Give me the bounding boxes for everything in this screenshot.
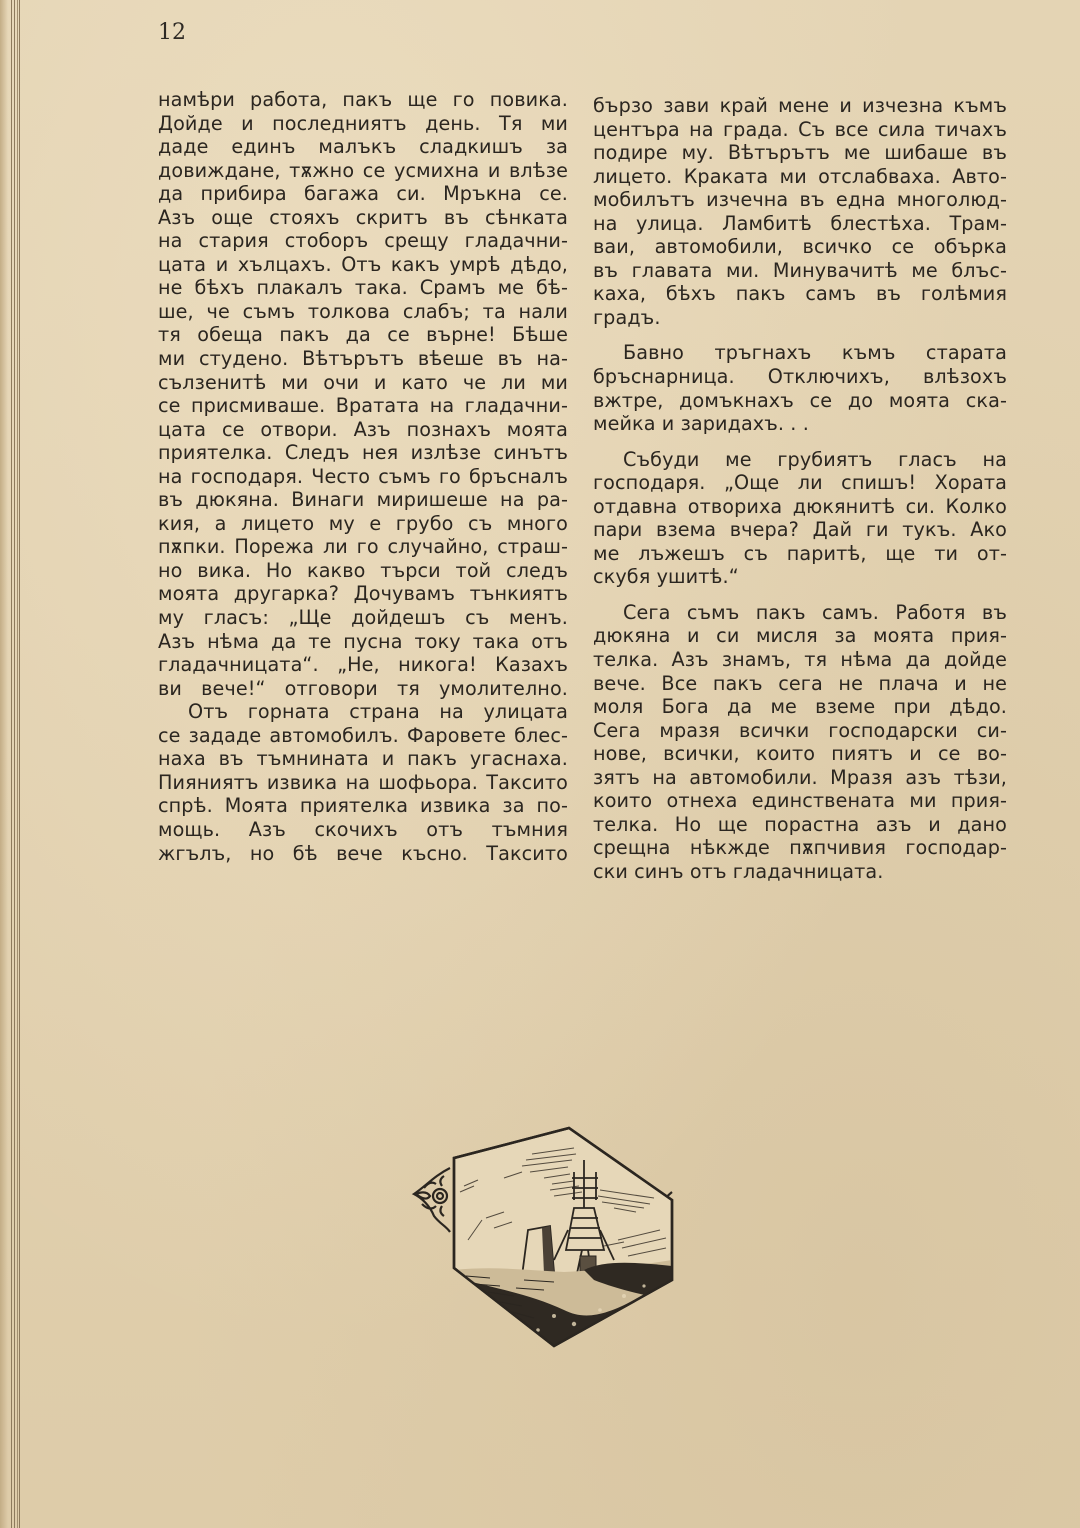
page-edge <box>0 0 24 1528</box>
text-line: ме лъжешъ съ паритѣ, ще ти от- <box>593 542 1007 566</box>
text-line: бързо зави край мене и изчезна къмъ <box>593 94 1007 118</box>
text-line: ски синъ отъ гладачницата. <box>593 860 1007 884</box>
text-line: кия, а лицето му е грубо съ много <box>158 512 568 536</box>
text-line: срещна нѣкжде пѫпчивия господар- <box>593 836 1007 860</box>
text-line: ше, че съмъ толкова слабъ; та нали <box>158 300 568 324</box>
text-line: които отнеха единствената ми прия- <box>593 789 1007 813</box>
text-line: нове, всички, които пиятъ и се во- <box>593 742 1007 766</box>
page-edge-shade <box>0 0 8 1528</box>
text-line: лицето. Краката ми отслабваха. Авто- <box>593 165 1007 189</box>
page-edge-line <box>11 0 12 1528</box>
text-line: Азъ още стояхъ скритъ въ сѣнката <box>158 206 568 230</box>
text-line: подире му. Вѣтърътъ ме шибаше въ <box>593 141 1007 165</box>
text-line-paragraph-start: Бавно тръгнахъ къмъ старата <box>593 341 1007 365</box>
text-line: спрѣ. Моята приятелка извика за по- <box>158 794 568 818</box>
text-line: Пияниятъ извика на шофьора. Таксито <box>158 771 568 795</box>
text-line: сълзенитѣ ми очи и като че ли ми <box>158 371 568 395</box>
text-line-paragraph-start: Сега съмъ пакъ самъ. Работя въ <box>593 601 1007 625</box>
text-line: тя обеща пакъ да се върне! Бѣше <box>158 323 568 347</box>
page-edge-line <box>14 0 15 1528</box>
text-line: пари взема вчера? Дай ги тукъ. Ако <box>593 518 1007 542</box>
text-line: моля Бога да ме вземе при дѣдо. <box>593 695 1007 719</box>
text-line-paragraph-start: Събуди ме грубиятъ гласъ на <box>593 448 1007 472</box>
text-line: Азъ нѣма да те пусна току така отъ <box>158 630 568 654</box>
text-line: въ главата ми. Минувачитѣ ме блъс- <box>593 259 1007 283</box>
text-line: мейка и заридахъ. . . <box>593 412 1007 436</box>
text-line: мощь. Азъ скочихъ отъ тъмния <box>158 818 568 842</box>
text-line: на стария стоборъ срещу гладачни- <box>158 229 568 253</box>
page-number: 12 <box>158 20 186 45</box>
text-line: телка. Азъ знамъ, тя нѣма да дойде <box>593 648 1007 672</box>
text-line: ваи, автомобили, всичко се обърка <box>593 235 1007 259</box>
text-line: довиждане, тѫжно се усмихна и влѣзе <box>158 159 568 183</box>
text-line: даде единъ малъкъ сладкишъ за <box>158 135 568 159</box>
text-line: наха въ тъмнината и пакъ угаснаха. <box>158 747 568 771</box>
text-line: но вика. Но какво търси той следъ <box>158 559 568 583</box>
text-line: му гласъ: „Ще дойдешъ съ менъ. <box>158 606 568 630</box>
left-scroll-ornament-icon <box>414 1168 450 1232</box>
text-line: на улица. Ламбитѣ блестѣха. Трам- <box>593 212 1007 236</box>
text-line: ми студено. Вѣтърътъ вѣеше въ на- <box>158 347 568 371</box>
text-line: вече. Все пакъ сега не плача и не <box>593 672 1007 696</box>
text-line: намѣри работа, пакъ ще го повика. <box>158 88 568 112</box>
text-line: отдавна отвориха дюкянитѣ си. Колко <box>593 495 1007 519</box>
text-line: се зададе автомобилъ. Фаровете блес- <box>158 724 568 748</box>
text-line: моята другарка? Дочувамъ тънкиятъ <box>158 582 568 606</box>
text-line: господаря. „Още ли спишъ! Хората <box>593 471 1007 495</box>
text-line-paragraph-start: Отъ горната страна на улицата <box>158 700 568 724</box>
text-line: бръснарница. Отключихъ, влѣзохъ <box>593 365 1007 389</box>
paragraph: Събуди ме грубиятъ гласъ на господаря. „… <box>593 448 1007 589</box>
text-line: приятелка. Следъ нея излѣзе синътъ <box>158 441 568 465</box>
text-line: цата и хълцахъ. Отъ какъ умрѣ дѣдо, <box>158 253 568 277</box>
page-edge-line <box>17 0 18 1528</box>
text-line: не бѣхъ плакалъ така. Срамъ ме бѣ- <box>158 276 568 300</box>
text-line: центъра на града. Съ все сила тичахъ <box>593 118 1007 142</box>
paragraph: Сега съмъ пакъ самъ. Работя въ дюкяна и … <box>593 601 1007 884</box>
text-line: пѫпки. Порежа ли го случайно, страш- <box>158 535 568 559</box>
right-column: бързо зави край мене и изчезна къмъ цент… <box>593 94 1007 884</box>
text-line: телка. Но ще порастна азъ и дано <box>593 813 1007 837</box>
text-line: цата се отвори. Азъ познахъ моята <box>158 418 568 442</box>
page-edge-line <box>19 0 20 1528</box>
text-line: се присмиваше. Вратата на гладачни- <box>158 394 568 418</box>
text-line: скубя ушитѣ.“ <box>593 565 1007 589</box>
text-line: въ дюкяна. Винаги миришеше на ра- <box>158 488 568 512</box>
text-line: зятъ на автомобили. Мразя азъ тѣзи, <box>593 766 1007 790</box>
text-line: ви вече!“ отговори тя умолително. <box>158 677 568 701</box>
text-line: дюкяна и си мисля за моята прия- <box>593 624 1007 648</box>
paragraph: Бавно тръгнахъ къмъ старата бръснарница.… <box>593 341 1007 435</box>
text-line: да прибира багажа си. Мръкна се. <box>158 182 568 206</box>
text-line: Сега мразя всички господарски си- <box>593 719 1007 743</box>
text-line: на господаря. Често съмъ го бръсналъ <box>158 465 568 489</box>
text-line: градъ. <box>593 306 1007 330</box>
text-line: мобилътъ изчечна въ една многолюд- <box>593 188 1007 212</box>
text-line: гладачницата“. „Не, никога! Казахъ <box>158 653 568 677</box>
text-line: Дойде и последниятъ день. Тя ми <box>158 112 568 136</box>
text-line: вжтре, домъкнахъ се до моята ска- <box>593 389 1007 413</box>
tower-hill-vignette-icon <box>404 1120 676 1352</box>
text-line: каха, бѣхъ пакъ самъ въ голѣмия <box>593 282 1007 306</box>
left-column: намѣри работа, пакъ ще го повика. Дойде … <box>158 88 568 865</box>
text-line: жгълъ, но бѣ вече късно. Таксито <box>158 842 568 866</box>
paragraph: бързо зави край мене и изчезна къмъ цент… <box>593 94 1007 329</box>
